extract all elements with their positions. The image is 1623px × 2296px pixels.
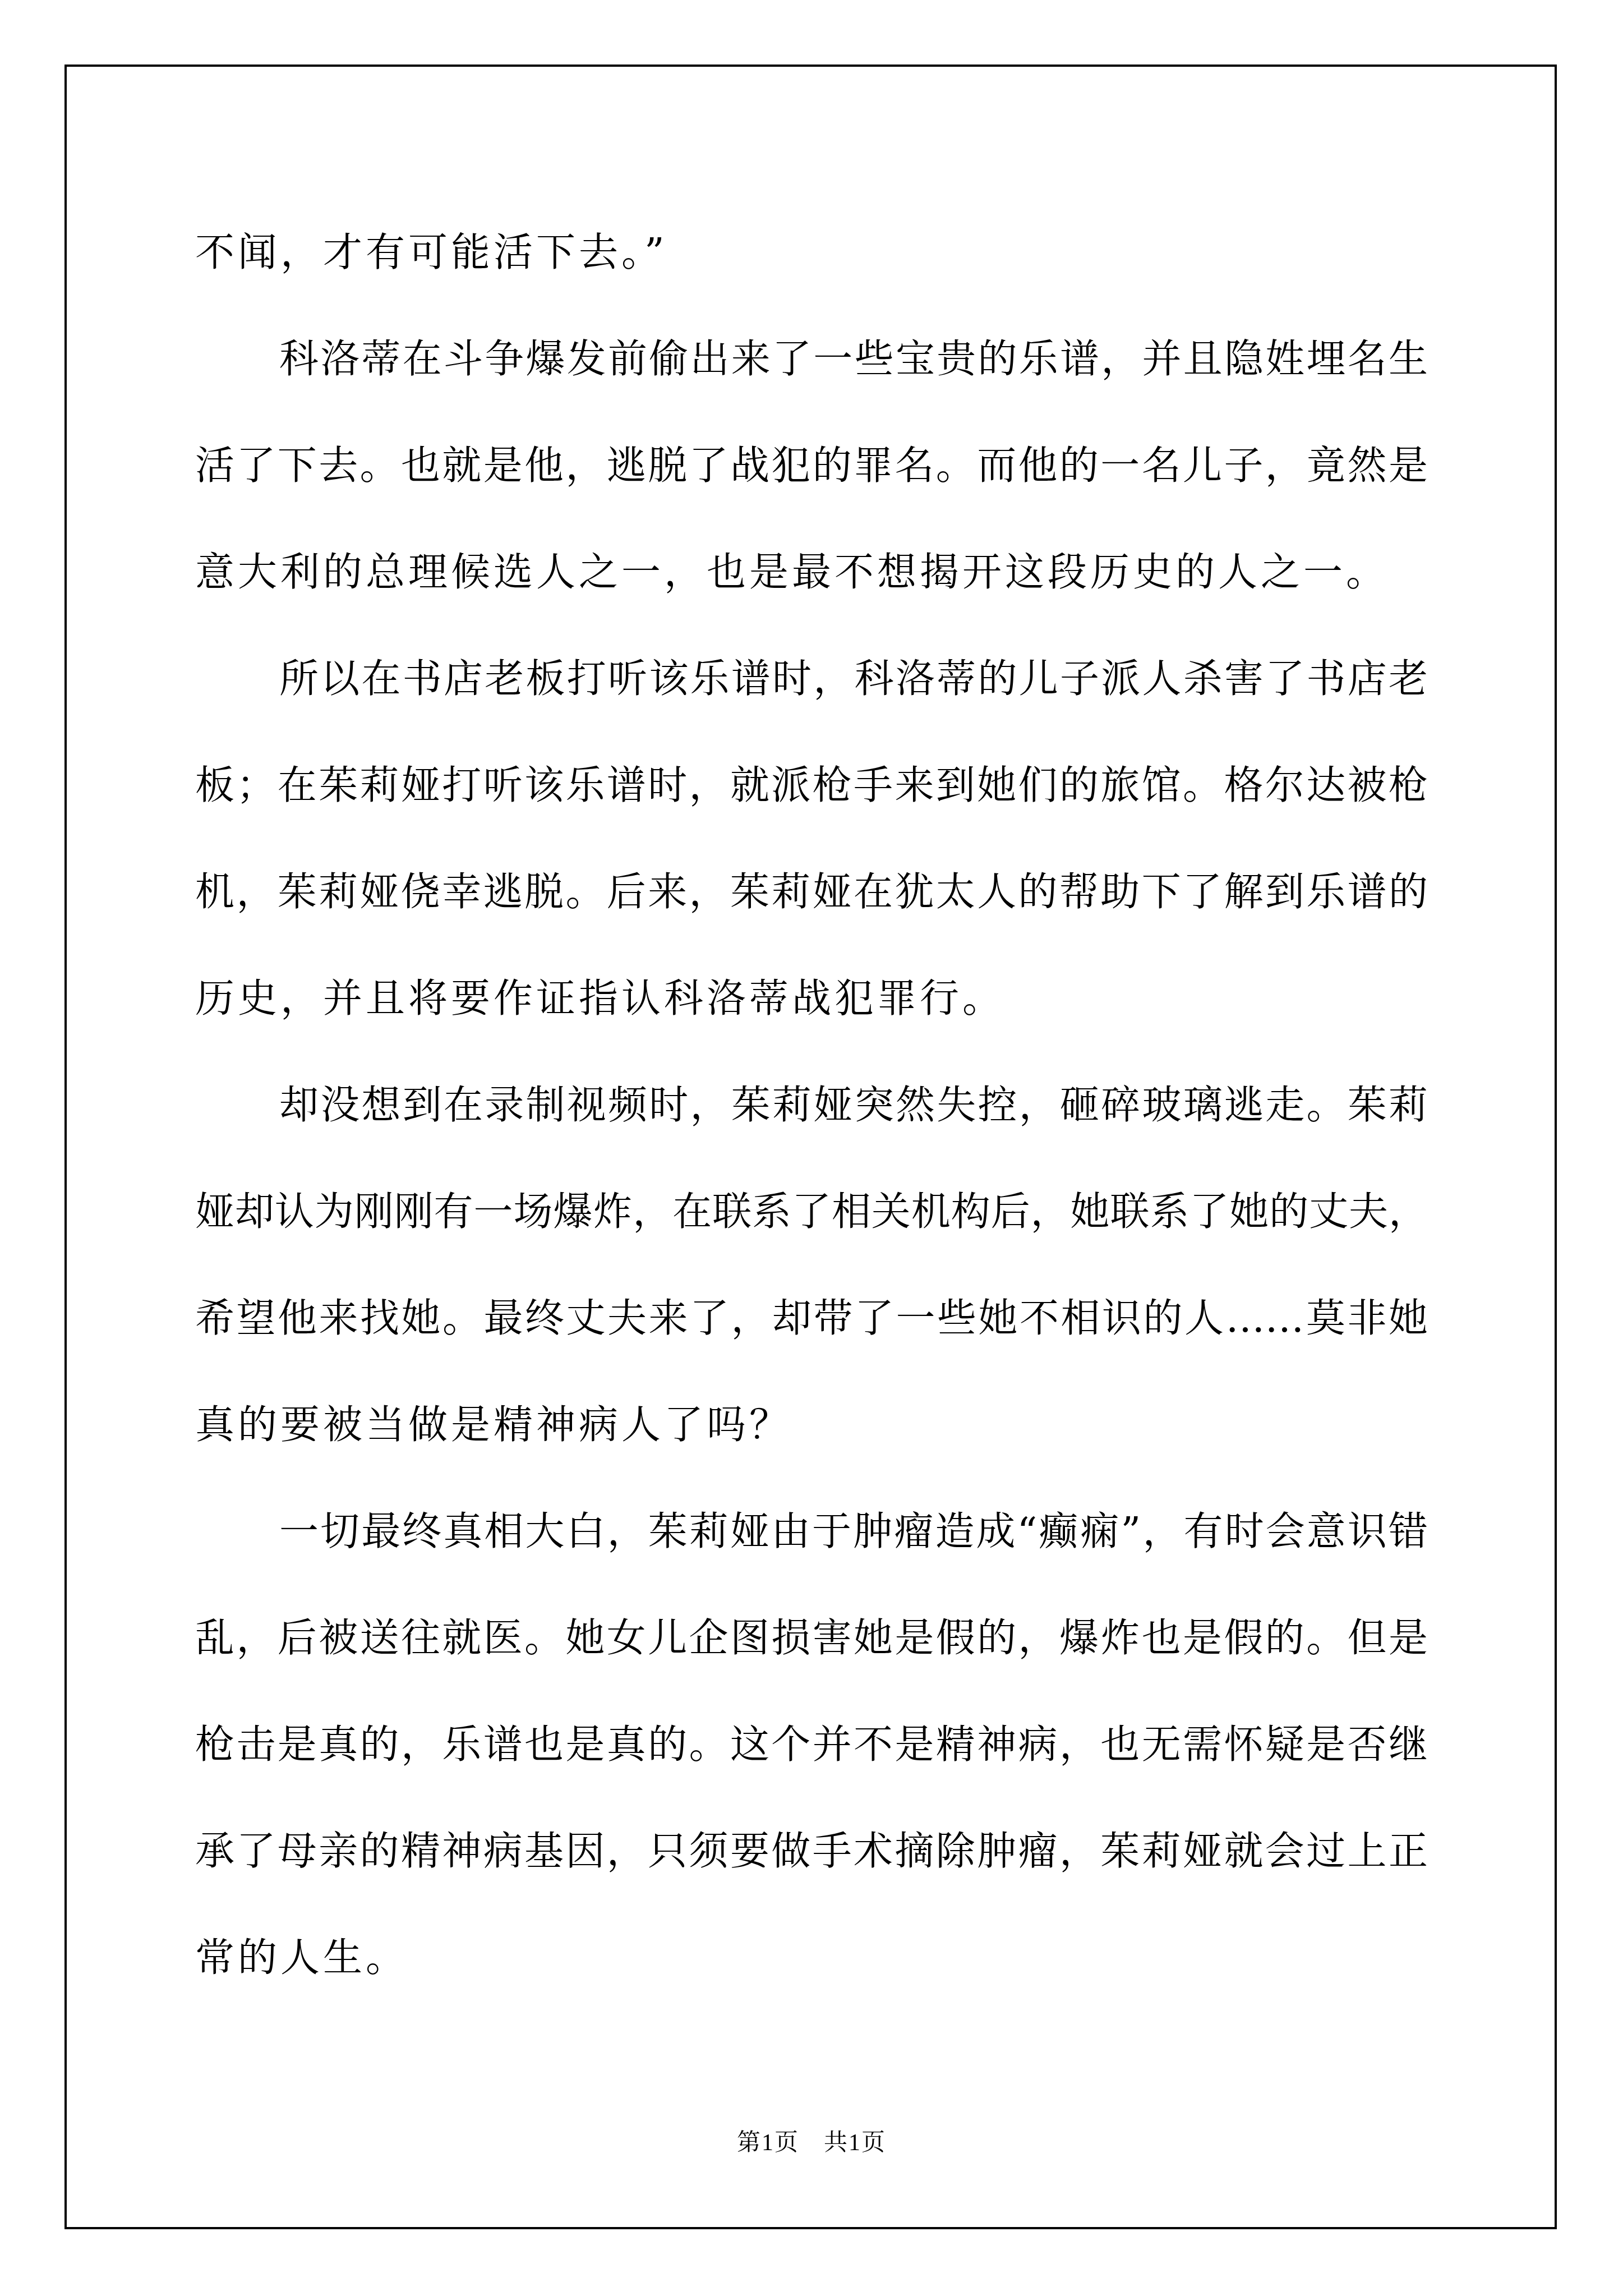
text-line: 一切最终真相大白，茱莉娅由于肿瘤造成“癫痫”，有时会意识错 [195,1478,1428,1585]
text-line: 枪击是真的，乐谱也是真的。这个并不是精神病，也无需怀疑是否继 [195,1691,1428,1798]
text-line: 常的人生。 [195,1904,1428,2011]
text-line: 所以在书店老板打听该乐谱时，科洛蒂的儿子派人杀害了书店老 [195,625,1428,732]
text-line: 板；在茱莉娅打听该乐谱时，就派枪手来到她们的旅馆。格尔达被枪 [195,732,1428,839]
text-line: 历史，并且将要作证指认科洛蒂战犯罪行。 [195,945,1428,1052]
text-line: 却没想到在录制视频时，茱莉娅突然失控，砸碎玻璃逃走。茱莉 [195,1052,1428,1158]
text-line: 科洛蒂在斗争爆发前偷出来了一些宝贵的乐谱，并且隐姓埋名生 [195,306,1428,412]
document-body-text: 不闻，才有可能活下去。”科洛蒂在斗争爆发前偷出来了一些宝贵的乐谱，并且隐姓埋名生… [195,199,1428,2011]
page-footer: 第1页 共1页 [0,2129,1623,2156]
text-line: 乱，后被送往就医。她女儿企图损害她是假的，爆炸也是假的。但是 [195,1585,1428,1691]
text-line: 机，茱莉娅侥幸逃脱。后来，茱莉娅在犹太人的帮助下了解到乐谱的 [195,839,1428,945]
text-line: 活了下去。也就是他，逃脱了战犯的罪名。而他的一名儿子，竟然是 [195,412,1428,519]
text-line: 真的要被当做是精神病人了吗？ [195,1372,1428,1478]
document-page: 不闻，才有可能活下去。”科洛蒂在斗争爆发前偷出来了一些宝贵的乐谱，并且隐姓埋名生… [0,0,1623,2296]
text-line: 承了母亲的精神病基因，只须要做手术摘除肿瘤，茱莉娅就会过上正 [195,1798,1428,1904]
text-line: 希望他来找她。最终丈夫来了，却带了一些她不相识的人……莫非她 [195,1265,1428,1372]
text-line: 不闻，才有可能活下去。” [195,199,1428,306]
text-line: 意大利的总理候选人之一，也是最不想揭开这段历史的人之一。 [195,519,1428,625]
text-line: 娅却认为刚刚有一场爆炸，在联系了相关机构后，她联系了她的丈夫， [195,1158,1428,1265]
